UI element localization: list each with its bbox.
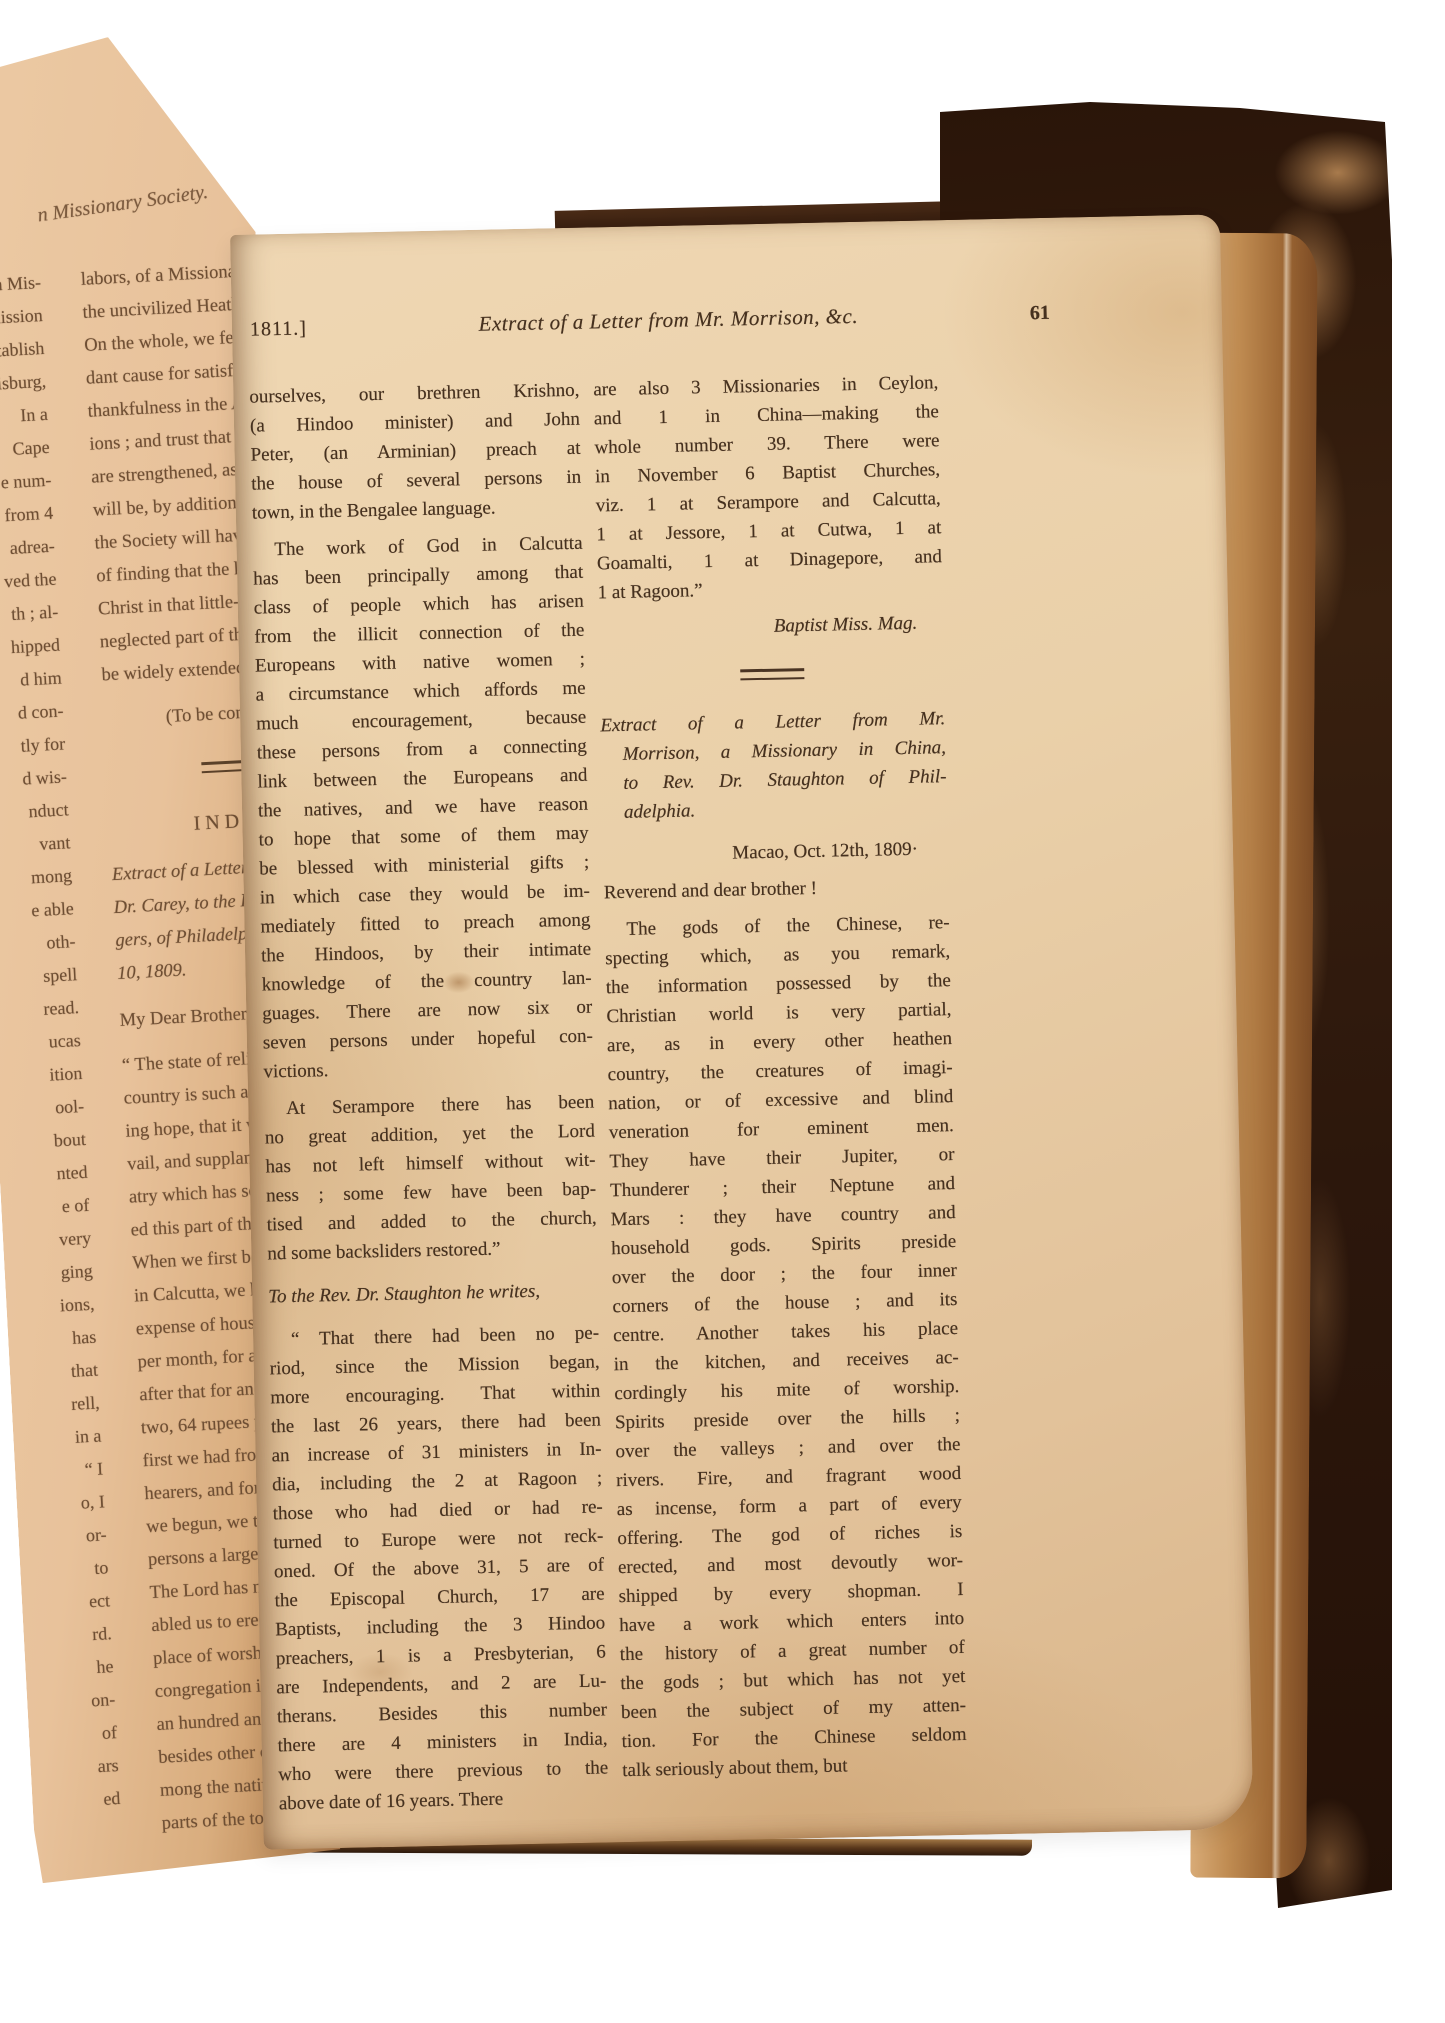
text-line: bout [0,1123,87,1161]
text-line: vant [0,826,71,864]
text-line: d con- [0,694,64,732]
text-line: ian Mis- [0,266,42,304]
text-line: e able [0,892,75,930]
text-block: To the Rev. Dr. Staughton he writes, [268,1276,599,1312]
text-line: rd. [23,1617,113,1655]
text-line: above date of 16 years. There [279,1782,610,1818]
page-header: 1811.] Extract of a Letter from Mr. Morr… [250,300,1050,342]
text-line: ars [30,1749,120,1787]
right-column: are also 3 Missionaries in Ceylon,and 1 … [593,368,968,1793]
header-title: Extract of a Letter from Mr. Morrison, &… [307,300,1030,340]
text-block: The gods of the Chinese, re-specting whi… [604,908,967,1785]
text-line: Macao, Oct. 12th, 1809· [603,835,919,871]
text-line: ved the [0,563,57,601]
text-line: establish [0,332,45,370]
text-line: ucas [0,1024,82,1062]
text-line: nted [0,1156,88,1194]
header-page-number: 61 [1030,302,1050,325]
text-line: nisburg, [0,365,47,403]
text-block: Extract of a Letter from Mr.Morrison, a … [600,704,947,827]
text-line: from 4 [0,497,54,535]
text-line: spell [0,958,78,996]
text-block: Baptist Miss. Mag. [598,608,944,644]
text-block: Reverend and dear brother ! [604,871,950,907]
text-line: Reverend and dear brother ! [604,871,950,907]
text-line: rell, [11,1387,101,1425]
text-line: to [20,1551,110,1589]
text-line: very [2,1222,92,1260]
section-divider [740,668,804,680]
text-line: To the Rev. Dr. Staughton he writes, [268,1276,599,1312]
text-line: adelphia. [602,791,948,827]
text-line: d him [0,662,63,700]
text-line: nd some backsliders restored.” [267,1233,598,1269]
text-line: victions. [263,1051,594,1087]
text-line: oth- [0,925,76,963]
text-line: read. [0,991,80,1029]
text-line: town, in the Bengalee language. [252,492,583,528]
text-line: tly for [0,727,66,765]
text-line: or- [18,1518,108,1556]
text-line: Baptist Miss. Mag. [598,609,918,645]
text-line: ed [32,1782,122,1820]
photo-backdrop: { "colors":{ "background":"#ffffff", "pa… [0,0,1445,2023]
text-line: o, I [16,1485,106,1523]
text-line: e of [1,1189,91,1227]
running-head: n Missionary Society. [36,181,209,228]
text-line: mong [0,859,73,897]
text-block: At Serampore there has beenno great addi… [264,1088,598,1269]
text-block: are also 3 Missionaries in Ceylon,and 1 … [593,368,943,607]
text-line: hipped [0,629,61,667]
text-line: on- [26,1683,116,1721]
text-line: ition [0,1057,83,1095]
text-line: of [28,1716,118,1754]
text-line: in a [13,1419,103,1457]
text-line: ool- [0,1090,85,1128]
text-line: has [7,1321,97,1359]
text-block: ourselves, our brethren Krishno,(a Hindo… [249,376,582,528]
text-line: talk seriously about them, but [622,1749,968,1785]
text-line: In a [0,398,49,436]
text-line: “ I [14,1452,104,1490]
text-line: adrea- [0,530,56,568]
text-line: rmission [0,299,44,337]
main-page: 1811.] Extract of a Letter from Mr. Morr… [230,214,1254,1849]
text-line: nduct [0,793,69,831]
text-line: d wis- [0,760,68,798]
left-column: ourselves, our brethren Krishno,(a Hindo… [249,376,609,1827]
text-block: The work of God in Calcuttahas been prin… [252,529,593,1087]
header-year: 1811.] [250,317,307,341]
text-line: ging [4,1255,94,1293]
text-line: ect [21,1584,111,1622]
text-block: “ That there had been no pe-riod, since … [269,1319,609,1819]
text-line: ions, [6,1288,96,1326]
text-block: Macao, Oct. 12th, 1809· [603,834,949,870]
text-line: that [9,1354,99,1392]
text-line: Cape [0,431,50,469]
text-line: he [25,1650,115,1688]
text-line: e num- [0,464,52,502]
text-line: 1 at Ragoon.” [597,571,943,607]
text-line: th ; al- [0,596,59,634]
